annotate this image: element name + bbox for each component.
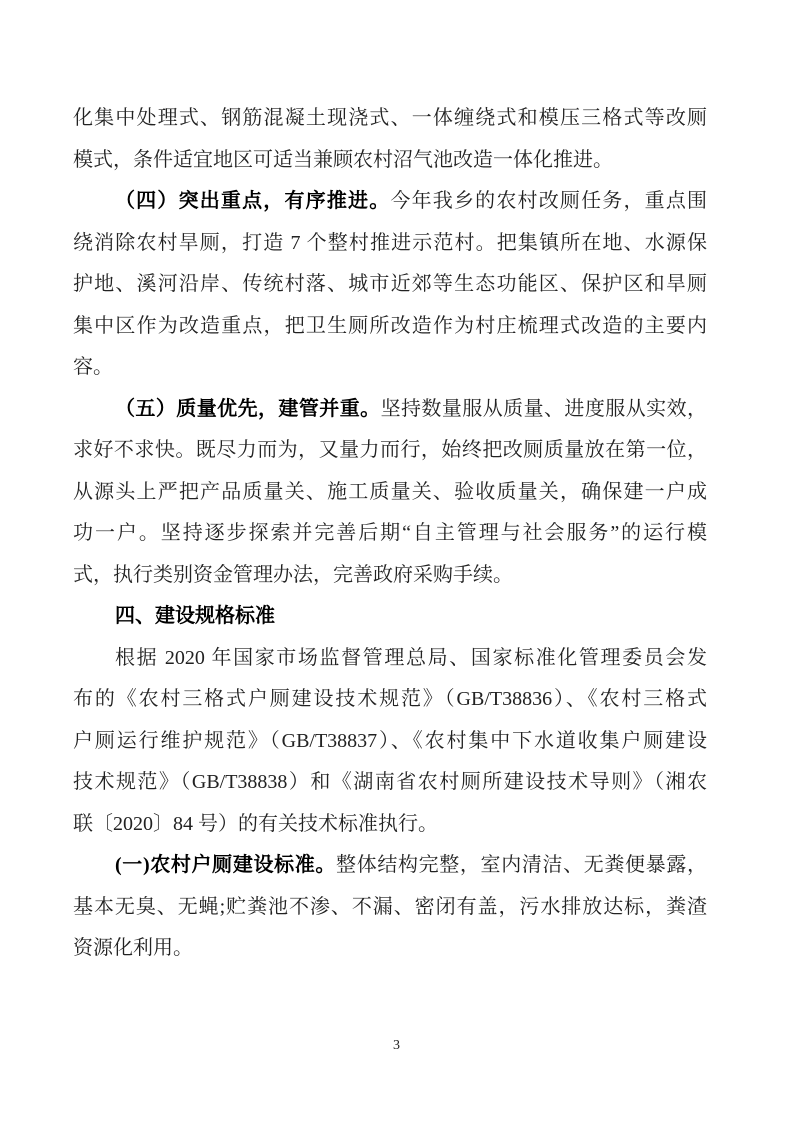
text-line: 根据 2020 年国家市场监督管理总局、国家标准化管理委员会发 xyxy=(73,638,707,680)
text-run: 坚持数量服从质量、进度服从实效， xyxy=(381,398,707,420)
text-line: 化集中处理式、钢筋混凝土现浇式、一体缠绕式和模压三格式等改厕 xyxy=(73,98,707,140)
text-line: 户厕运行维护规范》（GB/T38837）、《农村集中下水道收集户厕建设 xyxy=(73,721,707,763)
text-line: 护地、溪河沿岸、传统村落、城市近郊等生态功能区、保护区和旱厕 xyxy=(73,264,707,306)
document-page: 化集中处理式、钢筋混凝土现浇式、一体缠绕式和模压三格式等改厕 模式，条件适宜地区… xyxy=(0,0,793,1122)
text-run: 整体结构完整，室内清洁、无粪便暴露， xyxy=(336,854,707,876)
text-block: 化集中处理式、钢筋混凝土现浇式、一体缠绕式和模压三格式等改厕 模式，条件适宜地区… xyxy=(73,98,707,970)
text-line: （四）突出重点，有序推进。今年我乡的农村改厕任务，重点围 xyxy=(73,181,707,223)
text-line: 容。 xyxy=(73,347,707,389)
text-line: 基本无臭、无蝇;贮粪池不渗、不漏、密闭有盖，污水排放达标，粪渣 xyxy=(73,887,707,929)
text-run: 今年我乡的农村改厕任务，重点围 xyxy=(390,190,707,212)
text-line: 功一户。坚持逐步探索并完善后期“自主管理与社会服务”的运行模 xyxy=(73,513,707,555)
text-line: 集中区作为改造重点，把卫生厕所改造作为村庄梳理式改造的主要内 xyxy=(73,306,707,348)
text-line: 模式，条件适宜地区可适当兼顾农村沼气池改造一体化推进。 xyxy=(73,140,707,182)
bold-run: (一)农村户厕建设标准。 xyxy=(115,854,336,876)
text-line: 资源化利用。 xyxy=(73,928,707,970)
text-line: 式，执行类别资金管理办法，完善政府采购手续。 xyxy=(73,555,707,597)
text-line: 绕消除农村旱厕，打造 7 个整村推进示范村。把集镇所在地、水源保 xyxy=(73,223,707,265)
bold-run: 四、建设规格标准 xyxy=(115,605,275,627)
text-line: 求好不求快。既尽力而为，又量力而行，始终把改厕质量放在第一位， xyxy=(73,430,707,472)
text-line: 布的《农村三格式户厕建设技术规范》（GB/T38836）、《农村三格式 xyxy=(73,679,707,721)
text-line: （五）质量优先，建管并重。坚持数量服从质量、进度服从实效， xyxy=(73,389,707,431)
text-line: 联〔2020〕84 号）的有关技术标准执行。 xyxy=(73,804,707,846)
text-line: 从源头上严把产品质量关、施工质量关、验收质量关，确保建一户成 xyxy=(73,472,707,514)
section-heading: 四、建设规格标准 xyxy=(73,596,707,638)
text-line: 技术规范》（GB/T38838）和《湖南省农村厕所建设技术导则》（湘农 xyxy=(73,762,707,804)
text-line: (一)农村户厕建设标准。整体结构完整，室内清洁、无粪便暴露， xyxy=(73,845,707,887)
bold-run: （五）质量优先，建管并重。 xyxy=(115,398,381,420)
bold-run: （四）突出重点，有序推进。 xyxy=(115,190,390,212)
page-number: 3 xyxy=(0,1038,793,1054)
